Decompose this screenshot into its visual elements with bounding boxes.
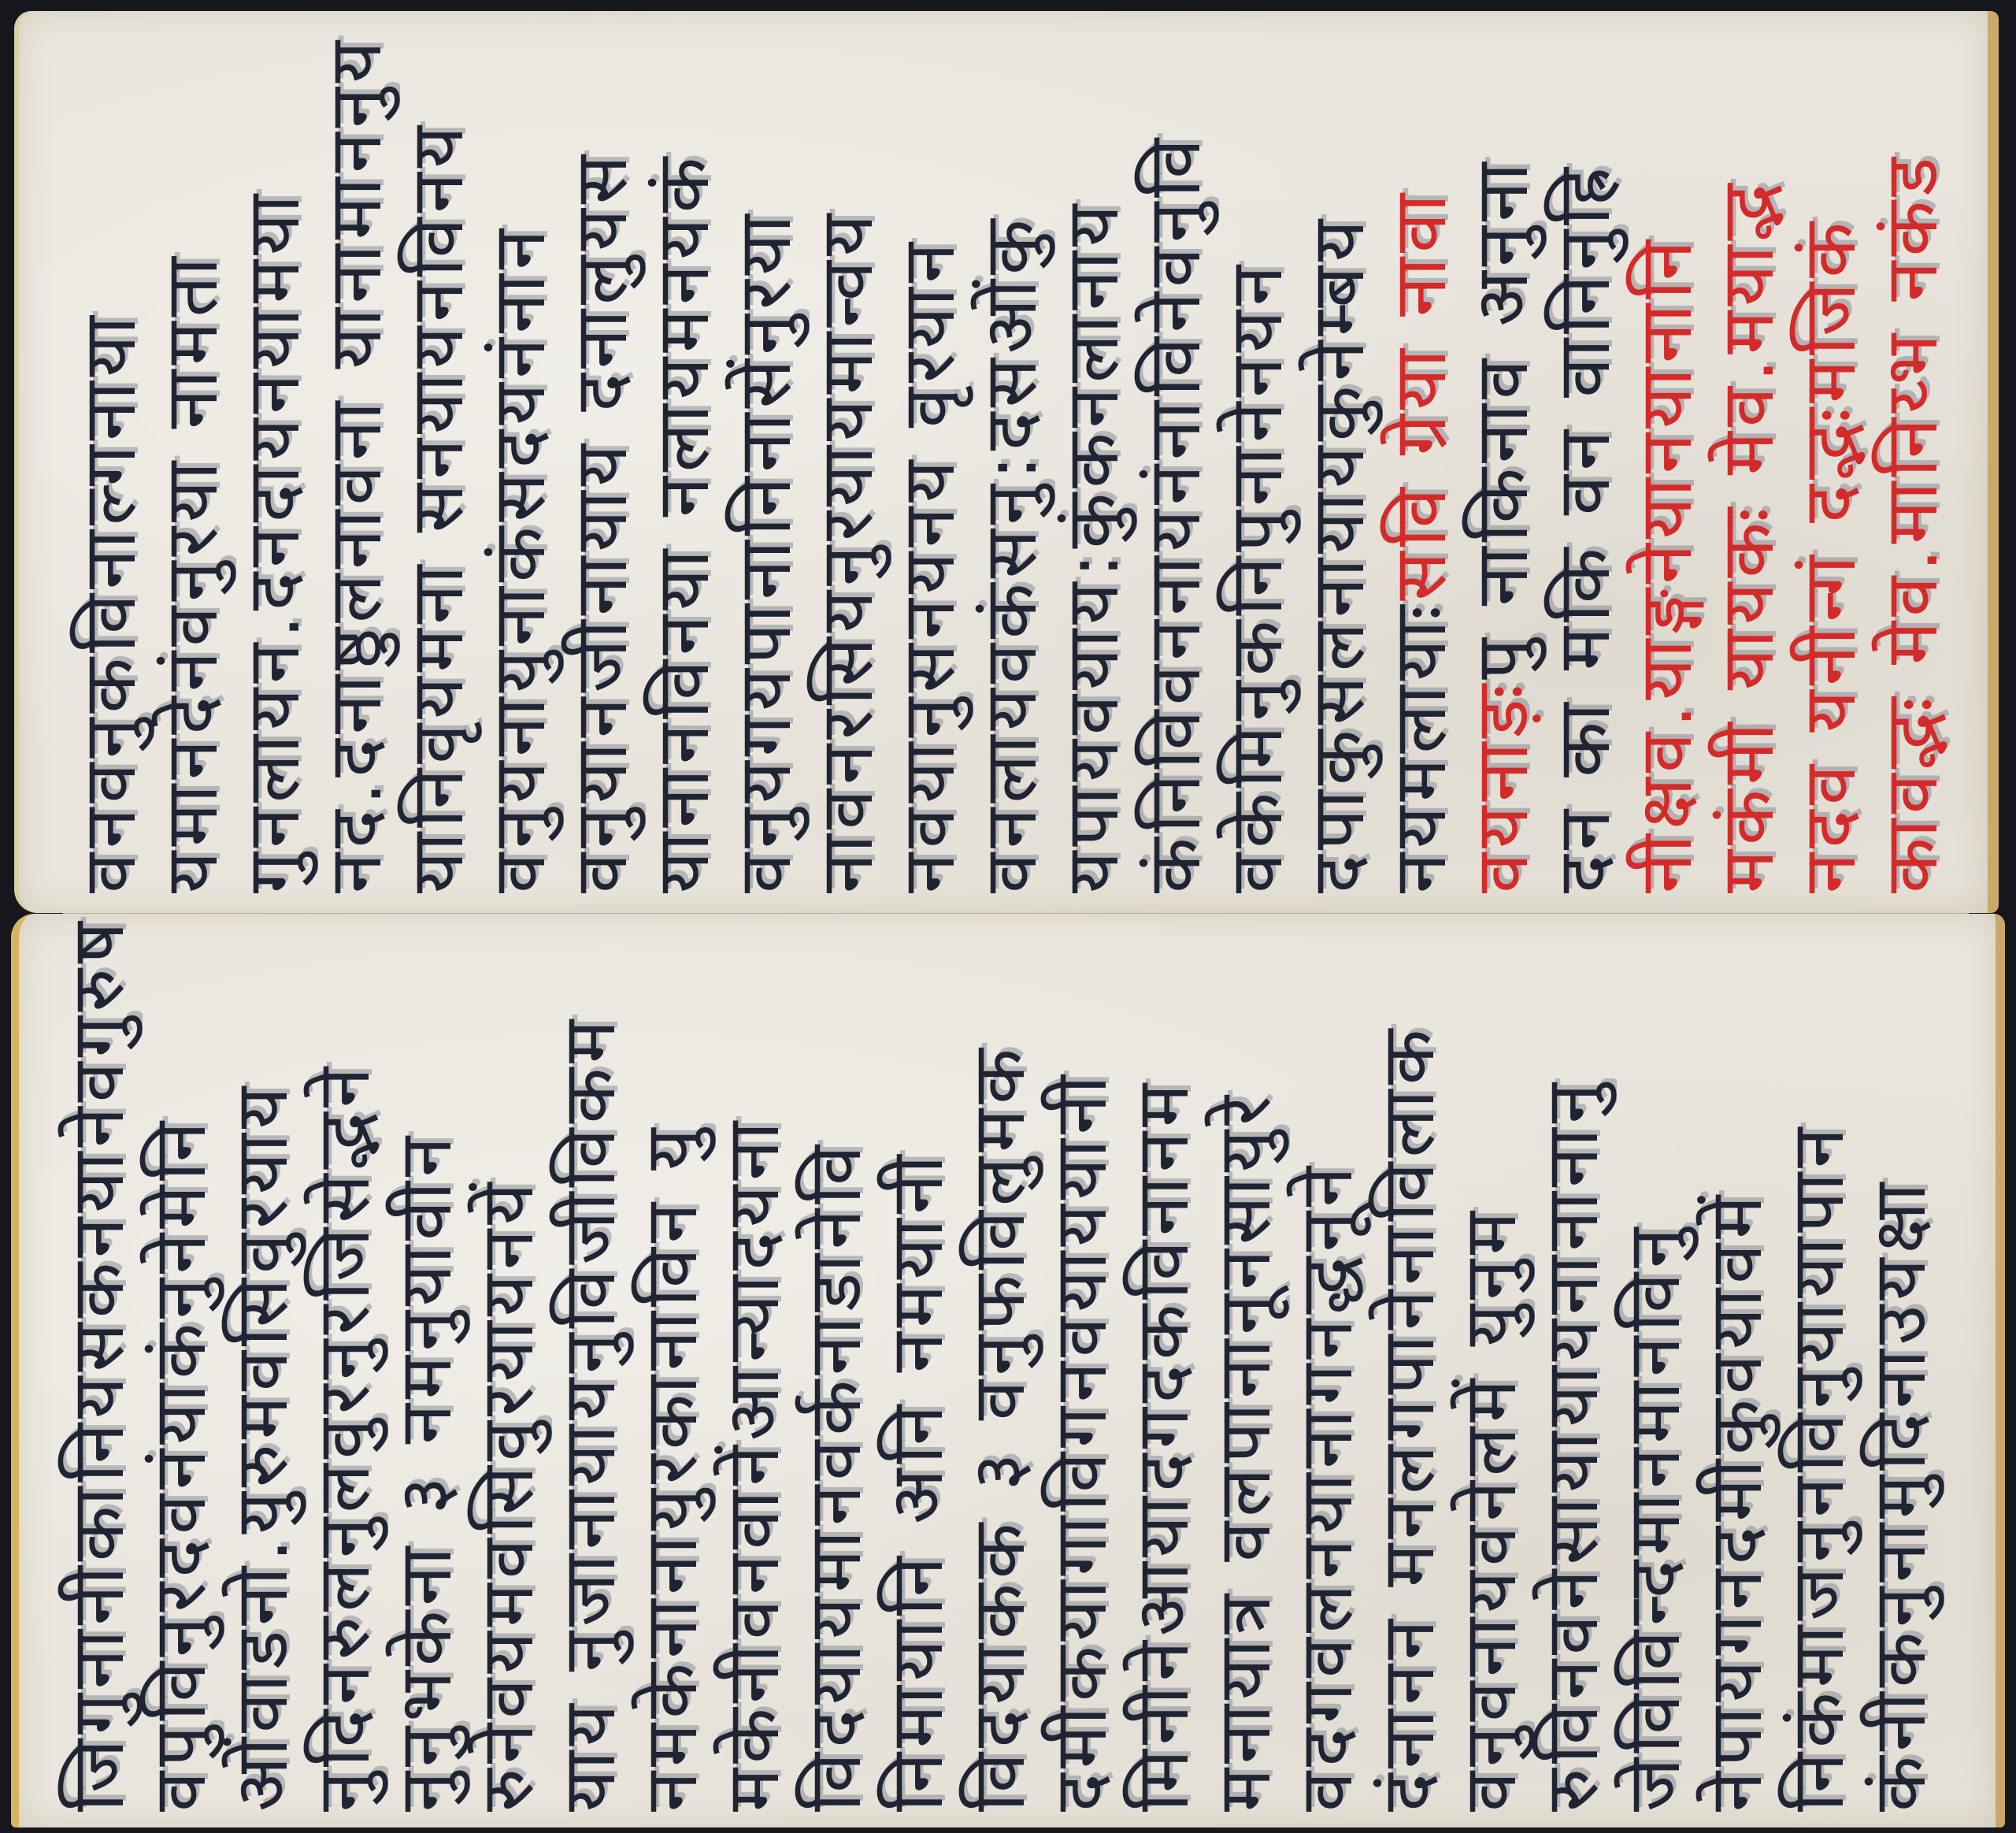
- script-line: वनुयानजीनायाय दनालुयस: [565, 43, 638, 893]
- script-line-text: याय नुजानायायनुविजीविकम: [547, 1015, 632, 1812]
- script-line: रुनेवयमवसिवुरयायनयें: [472, 945, 544, 1812]
- script-line-text: वनुवनायवनेलमें युनुम: [1448, 1207, 1532, 1812]
- script-line-text: निमायानि अनि नमयानी: [875, 1150, 959, 1812]
- script-line: नुनुभकेना ३ नमनुयावीन: [390, 945, 462, 1812]
- script-line-text: वकेमिनुकनिपुनानेनयन: [1214, 261, 1299, 893]
- script-line-text: नदव यनीन्गं दद्भःमजिकं: [1788, 217, 1872, 893]
- script-line-text: नयमलायाः: [1378, 601, 1462, 893]
- script-line-text: वयनाड़ः: [1460, 680, 1544, 893]
- script-line-text: वनुयानजीनायाय दनालुयस: [559, 150, 643, 893]
- script-line-text: विदयायमानवर्कनाडानेवि: [793, 1141, 877, 1812]
- script-line: निमायानि अनि नमयानी: [881, 945, 954, 1812]
- script-line-text: यपायवयाय:कुंकनलानाय: [1051, 200, 1135, 893]
- script-line-text: कावद्भः मेव.मानिय्भ नकंड: [1870, 153, 1954, 893]
- script-line-text: वनुयनायुनाकंसदयनंनान: [477, 224, 561, 893]
- script-line: नीक्षव.याङ्गनेयानयानानि: [1630, 43, 1703, 893]
- script-line: जिगुनानीकानियसकनयानेवगुरुष: [62, 945, 135, 1812]
- script-line-red-tail: सवि ग्रेया नावा: [1378, 189, 1462, 601]
- script-line: रुविनवनेसायायायनानानानु: [1536, 945, 1609, 1812]
- script-line-text: नीक्षव.याङ्गनेयानयानानि: [1624, 236, 1708, 893]
- script-line: नुदिनरुलनुलवुरनुरजिसेद्भने: [308, 945, 380, 1812]
- script-line: निकंमाजनुनविनुयायापान: [1782, 945, 1855, 1812]
- script-line: मकंमी यायकः मेव.मयाद्भ: [1712, 43, 1784, 893]
- script-line: नयमलायाःसवि ग्रेया नावा: [1384, 43, 1457, 893]
- script-line-text: कंनिविवननायनंनाविनेवनुवि: [1132, 134, 1217, 893]
- script-line-black-tail: पु नाकिनाव अनुना: [1460, 158, 1544, 679]
- script-line: वयनाड़ःपु नाकिनाव अनुना: [1466, 43, 1539, 893]
- script-line: वदगवलनयानागनद्धनूने: [1291, 945, 1363, 1812]
- script-line: यमानदेनंवनुरया नामता: [156, 43, 228, 893]
- script-line: कावद्भः मेव.मानिय्भ नकंड: [1876, 43, 1948, 893]
- script-line-text: मनायात्र वलपानानूनसायुरे: [1203, 1091, 1287, 1812]
- script-line-text: दमीकयागाविगनवयाययानी: [1039, 1070, 1123, 1812]
- script-line-text: जेविविन्दमानमानविनु: [1612, 1223, 1696, 1812]
- script-line: नावनरसियनुरयायमान्वय: [811, 43, 884, 893]
- script-line-text: नावनरसियनुरयायमान्वय: [805, 210, 889, 893]
- script-line-text: गुनलायन.दनदायनयामया: [232, 190, 316, 893]
- script-line-text: नद.दनाष्ठुलनावना यानामाननुय: [313, 36, 398, 893]
- script-line: कंनीकनुनामुदिनाउयक्षा: [1864, 945, 1936, 1812]
- script-line: ओंवाडनो.युरुमवसिवुरयाय: [226, 945, 298, 1812]
- script-line: विदयाकक ३ वनुफविलुमक: [963, 945, 1036, 1812]
- script-line-text: नवयानुसनयनय वृरयान: [887, 238, 971, 893]
- script-line-text: दपाकुसलनायायकुनेम्बय: [1296, 215, 1380, 893]
- script-line-text: वनलायवकंसनु:दसओंकु: [969, 214, 1053, 893]
- script-line: दपाकुसलनायायकुनेम्बय: [1303, 43, 1375, 893]
- script-line: वनवनुकविनाल्गनाया: [74, 43, 146, 893]
- script-line: मकेनीवनवानेंआन्यादयना: [717, 945, 790, 1812]
- script-line-text: रुनेवयमवसिवुरयायनयें: [465, 1178, 550, 1812]
- script-line: नेपायगनदमीकुवयावमें: [1700, 945, 1773, 1812]
- script-line: नवयानुसनयनय वृरयान: [893, 43, 965, 893]
- script-line-text: रुविनवनेसायायायनानानानु: [1530, 1078, 1614, 1812]
- script-line: जेविविन्दमानमानविनु: [1618, 945, 1691, 1812]
- script-line: मिनीनेआयादगदकविनानम: [1127, 945, 1199, 1812]
- script-line: गुनलायन.दनदायनयामया: [238, 43, 310, 893]
- script-line: दमीकयागाविगनवयाययानी: [1045, 945, 1117, 1812]
- script-line-text: दंनानन मनलगपानेनाविलाक: [1366, 1025, 1451, 1812]
- script-line: वनलायवकंसनु:दसओंकु: [975, 43, 1047, 893]
- script-line-text: यमानदेनंवनुरया नामता: [150, 252, 234, 893]
- script-line-text: कंनीकनुनामुदिनाउयक्षा: [1858, 1178, 1942, 1812]
- script-line-text: मिनीनेआयादगदकविनानम: [1121, 1079, 1205, 1812]
- script-line-text: नुनुभकेना ३ नमनुयावीन: [384, 1132, 468, 1812]
- script-line: कंनिविवननायनंनाविनेवनुवि: [1139, 43, 1211, 893]
- script-line-text: नुदिनरुलनुलवुरनुरजिसेद्भने: [302, 1063, 386, 1812]
- script-line: नद.दनाष्ठुलनावना यानामाननुय: [320, 43, 392, 893]
- manuscript-page-top: वनवनुकविनाल्गनायायमानदेनंवनुरया नामतागुन…: [14, 11, 1999, 913]
- script-line: वनुयनायुनाकंसदयनंनान: [484, 43, 556, 893]
- script-line-text: जिगुनानीकानियसकनयानेवगुरुष: [56, 917, 140, 1812]
- script-line: वकेमिनुकनिपुनानेनयन: [1221, 43, 1293, 893]
- script-line: दन का मकि वन वानिनुह्रि: [1548, 43, 1621, 893]
- script-line: वनुयगयपानानिनासेंनुरया: [729, 43, 802, 893]
- script-line-text: नमकेनानायुरकानाविन यु: [629, 1123, 713, 1812]
- script-line-text: मकंमी यायकः मेव.मयाद्भ: [1706, 179, 1790, 893]
- script-line-text: निकंमाजनुनविनुयायापान: [1776, 1123, 1860, 1812]
- manuscript-page-bottom: जिगुनानीकानियसकनयानेवगुरुषवपुविनुरदवनंया…: [11, 914, 2005, 1827]
- script-line: यपायवयाय:कुंकनलानाय: [1057, 43, 1129, 893]
- script-line-text: वपुविनुरदवनंयाकंनुनेमेनि: [138, 1117, 222, 1812]
- script-line-text: नेपायगनदमीकुवयावमें: [1694, 1191, 1778, 1812]
- script-line: नदव यनीन्गं दद्भःमजिकं: [1794, 43, 1866, 893]
- script-line: नमकेनानायुरकानाविन यु: [636, 945, 708, 1812]
- script-line: वपुविनुरदवनंयाकंनुनेमेनि: [144, 945, 217, 1812]
- script-line: विदयायमानवर्कनाडानेवि: [799, 945, 872, 1812]
- script-line-text: यानानविनया नलायमनयकं: [641, 153, 725, 893]
- script-line-text: मकेनीवनवानेंआन्यादयना: [711, 1117, 795, 1812]
- script-line: दंनानन मनलगपानेनाविलाक: [1373, 945, 1445, 1812]
- script-line-text: वनवनुकविनाल्गनाया: [68, 311, 152, 893]
- script-line-text: यानिवृयमना सनयायनविनय: [395, 121, 480, 893]
- script-line-text: विदयाकक ३ वनुफविलुमक: [957, 1044, 1041, 1812]
- script-line: मनायात्र वलपानानूनसायुरे: [1209, 945, 1281, 1812]
- script-line: यानिवृयमना सनयायनविनय: [402, 43, 474, 893]
- script-line-text: वदगवलनयानागनद्धनूने: [1284, 1162, 1369, 1812]
- script-line-text: वनुयगयपानानिनासेंनुरया: [723, 210, 807, 893]
- script-line-text: दन का मकि वन वानिनुह्रि: [1542, 163, 1626, 893]
- script-line: याय नुजानायायनुविजीविकम: [554, 945, 626, 1812]
- script-line-text: ओंवाडनो.युरुमवसिवुरयाय: [220, 1082, 304, 1812]
- script-line: वनुवनायवनेलमें युनुम: [1455, 945, 1527, 1812]
- script-line: यानानविनया नलायमनयकं: [647, 43, 720, 893]
